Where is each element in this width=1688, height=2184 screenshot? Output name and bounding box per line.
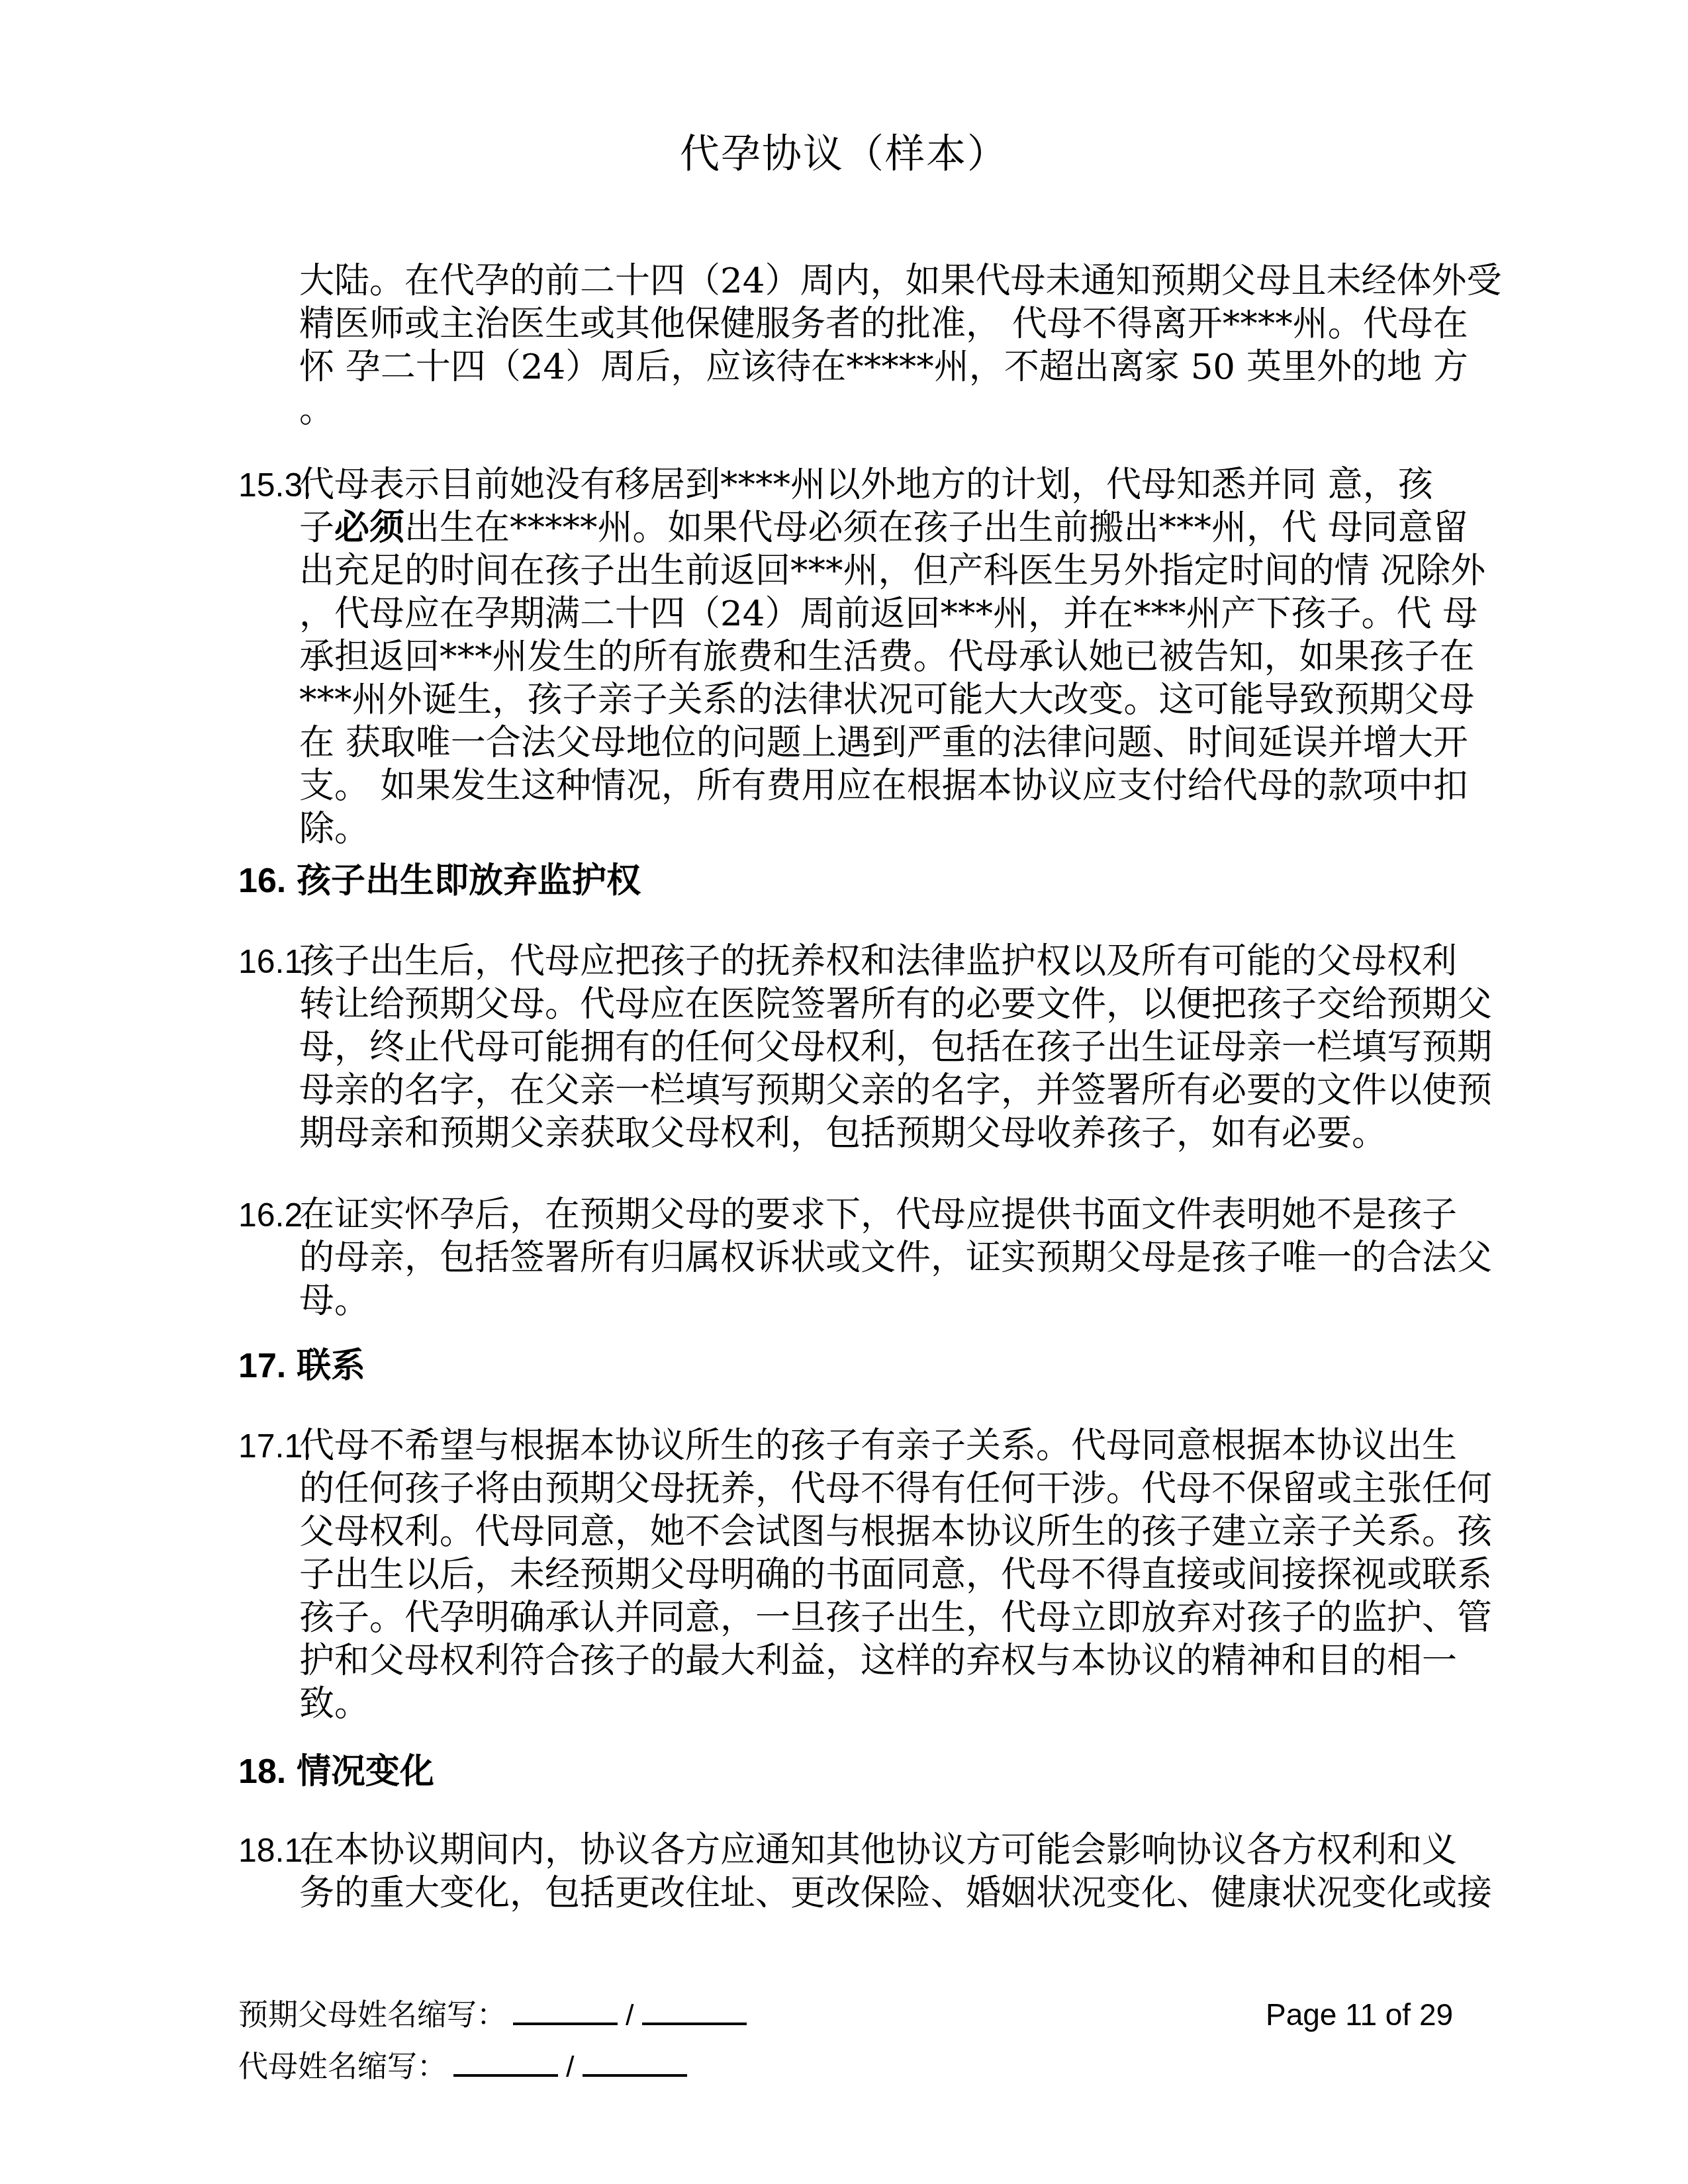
- initials-blank: [453, 2045, 558, 2077]
- heading-text: 孩子出生即放弃监护权: [297, 862, 641, 900]
- surrogate-initials-label: 代母姓名缩写：: [238, 2050, 447, 2083]
- section-heading-17: 17.联系: [238, 1345, 1483, 1387]
- paragraph-line: ***州外诞生，孩子亲子关系的法律状况可能大大改变。这可能导致预期父母: [238, 678, 1483, 721]
- paragraph-line: 的任何孩子将由预期父母抚养，代母不得有任何干涉。代母不保留或主张任何: [238, 1467, 1483, 1510]
- clause-text: 在证实怀孕后，在预期父母的要求下，代母应提供书面文件表明她不是孩子: [299, 1195, 1457, 1235]
- clause-text: 子: [299, 508, 334, 548]
- paragraph-line: 母亲的名字，在父亲一栏填写预期父亲的名字，并签署所有必要的文件以使预: [238, 1069, 1483, 1112]
- clause-18-1: 18.1.在本协议期间内，协议各方应通知其他协议方可能会影响协议各方权利和义 务…: [238, 1829, 1483, 1915]
- paragraph-line: 支。 如果发生这种情况，所有费用应在根据本协议应支付给代母的款项中扣: [238, 764, 1483, 807]
- section-heading-18: 18.情况变化: [238, 1751, 1483, 1792]
- paragraph-line: 母，终止代母可能拥有的任何父母权利，包括在孩子出生证母亲一栏填写预期: [238, 1026, 1483, 1069]
- paragraph-line: 16.1.孩子出生后，代母应把孩子的抚养权和法律监护权以及所有可能的父母权利: [238, 940, 1483, 983]
- initials-separator: /: [626, 1998, 634, 2032]
- clause-text: 在本协议期间内，协议各方应通知其他协议方可能会影响协议各方权利和义: [299, 1830, 1457, 1870]
- initials-separator: /: [566, 2050, 575, 2084]
- clause-15-3: 15.3.代母表示目前她没有移居到****州以外地方的计划，代母知悉并同 意，孩…: [238, 463, 1483, 850]
- paragraph-line: 父母权利。代母同意，她不会试图与根据本协议所生的孩子建立亲子关系。孩: [238, 1510, 1483, 1553]
- bold-text: 必须: [334, 507, 404, 548]
- paragraph-line: ，代母应在孕期满二十四（24）周前返回***州，并在***州产下孩子。代 母: [238, 592, 1483, 635]
- paragraph-line: 孩子。代孕明确承认并同意，一旦孩子出生，代母立即放弃对孩子的监护、管: [238, 1596, 1483, 1639]
- paragraph-line: 致。: [238, 1682, 1483, 1725]
- paragraph-line: 子出生以后，未经预期父母明确的书面同意，代母不得直接或间接探视或联系: [238, 1553, 1483, 1596]
- footer-surrogate-initials: 代母姓名缩写：/: [238, 2045, 694, 2084]
- paragraph-line: 17.1.代母不希望与根据本协议所生的孩子有亲子关系。代母同意根据本协议出生: [238, 1424, 1483, 1467]
- clause-number: 17.1.: [238, 1425, 299, 1468]
- paragraph-line: 16.2.在证实怀孕后，在预期父母的要求下，代母应提供书面文件表明她不是孩子: [238, 1193, 1483, 1236]
- heading-number: 16.: [238, 860, 297, 901]
- clause-text: 出生在*****州。如果代母必须在孩子出生前搬出***州，代 母同意留: [404, 508, 1468, 548]
- clause-17-1: 17.1.代母不希望与根据本协议所生的孩子有亲子关系。代母同意根据本协议出生 的…: [238, 1424, 1483, 1725]
- paragraph-line: 子必须出生在*****州。如果代母必须在孩子出生前搬出***州，代 母同意留: [238, 506, 1483, 549]
- clause-16-1: 16.1.孩子出生后，代母应把孩子的抚养权和法律监护权以及所有可能的父母权利 转…: [238, 940, 1483, 1155]
- paragraph-line: 护和父母权利符合孩子的最大利益，这样的弃权与本协议的精神和目的相一: [238, 1639, 1483, 1682]
- document-title: 代孕协议（样本）: [0, 122, 1688, 179]
- paragraph-line: 务的重大变化，包括更改住址、更改保险、婚姻状况变化、健康状况变化或接: [238, 1872, 1483, 1915]
- paragraph-line: 期母亲和预期父亲获取父母权利，包括预期父母收养孩子，如有必要。: [238, 1112, 1483, 1155]
- clause-number: 18.1.: [238, 1829, 299, 1872]
- paragraph-line: 在 获取唯一合法父母地位的问题上遇到严重的法律问题、时间延误并增大开: [238, 721, 1483, 764]
- paragraph-line: 15.3.代母表示目前她没有移居到****州以外地方的计划，代母知悉并同 意，孩: [238, 463, 1483, 506]
- clause-16-2: 16.2.在证实怀孕后，在预期父母的要求下，代母应提供书面文件表明她不是孩子 的…: [238, 1193, 1483, 1322]
- paragraph-line: 18.1.在本协议期间内，协议各方应通知其他协议方可能会影响协议各方权利和义: [238, 1829, 1483, 1872]
- document-page: 代孕协议（样本） 大陆。在代孕的前二十四（24）周内，如果代母未通知预期父母且未…: [0, 0, 1688, 2184]
- section-heading-16: 16.孩子出生即放弃监护权: [238, 860, 1483, 901]
- paragraph-line: 转让给预期父母。代母应在医院签署所有的必要文件，以便把孩子交给预期父: [238, 983, 1483, 1026]
- paragraph-line: 除。: [238, 807, 1483, 850]
- initials-blank: [583, 2045, 687, 2077]
- paragraph-line: 的母亲，包括签署所有归属权诉状或文件，证实预期父母是孩子唯一的合法父: [238, 1236, 1483, 1279]
- intended-parents-initials-label: 预期父母姓名缩写：: [238, 1998, 506, 2032]
- paragraph-line: 怀 孕二十四（24）周后，应该待在*****州，不超出离家 50 英里外的地 方: [238, 345, 1483, 388]
- clause-text: 代母不希望与根据本协议所生的孩子有亲子关系。代母同意根据本协议出生: [299, 1426, 1457, 1466]
- footer-intended-parents-initials: 预期父母姓名缩写：/: [238, 1993, 753, 2032]
- clause-text: 孩子出生后，代母应把孩子的抚养权和法律监护权以及所有可能的父母权利: [299, 941, 1457, 981]
- paragraph-line: 精医师或主治医生或其他保健服务者的批准， 代母不得离开****州。代母在: [238, 302, 1483, 345]
- heading-text: 联系: [297, 1347, 365, 1385]
- clause-number: 16.1.: [238, 940, 299, 983]
- paragraph-line: 出充足的时间在孩子出生前返回***州，但产科医生另外指定时间的情 况除外: [238, 549, 1483, 592]
- initials-blank: [513, 1993, 618, 2025]
- paragraph-line: 承担返回***州发生的所有旅费和生活费。代母承认她已被告知，如果孩子在: [238, 635, 1483, 678]
- paragraph-line: 大陆。在代孕的前二十四（24）周内，如果代母未通知预期父母且未经体外受: [238, 259, 1483, 302]
- clause-number: 15.3.: [238, 464, 299, 507]
- clause-number: 16.2.: [238, 1194, 299, 1237]
- clause-text: 代母表示目前她没有移居到****州以外地方的计划，代母知悉并同 意，孩: [299, 465, 1433, 505]
- heading-number: 18.: [238, 1751, 297, 1792]
- initials-blank: [642, 1993, 747, 2025]
- paragraph-line: 。: [238, 388, 1483, 432]
- heading-text: 情况变化: [297, 1752, 434, 1791]
- continuation-paragraph: 大陆。在代孕的前二十四（24）周内，如果代母未通知预期父母且未经体外受 精医师或…: [238, 259, 1483, 432]
- heading-number: 17.: [238, 1345, 297, 1387]
- page-number: Page 11 of 29: [1266, 1997, 1453, 2032]
- paragraph-line: 母。: [238, 1279, 1483, 1322]
